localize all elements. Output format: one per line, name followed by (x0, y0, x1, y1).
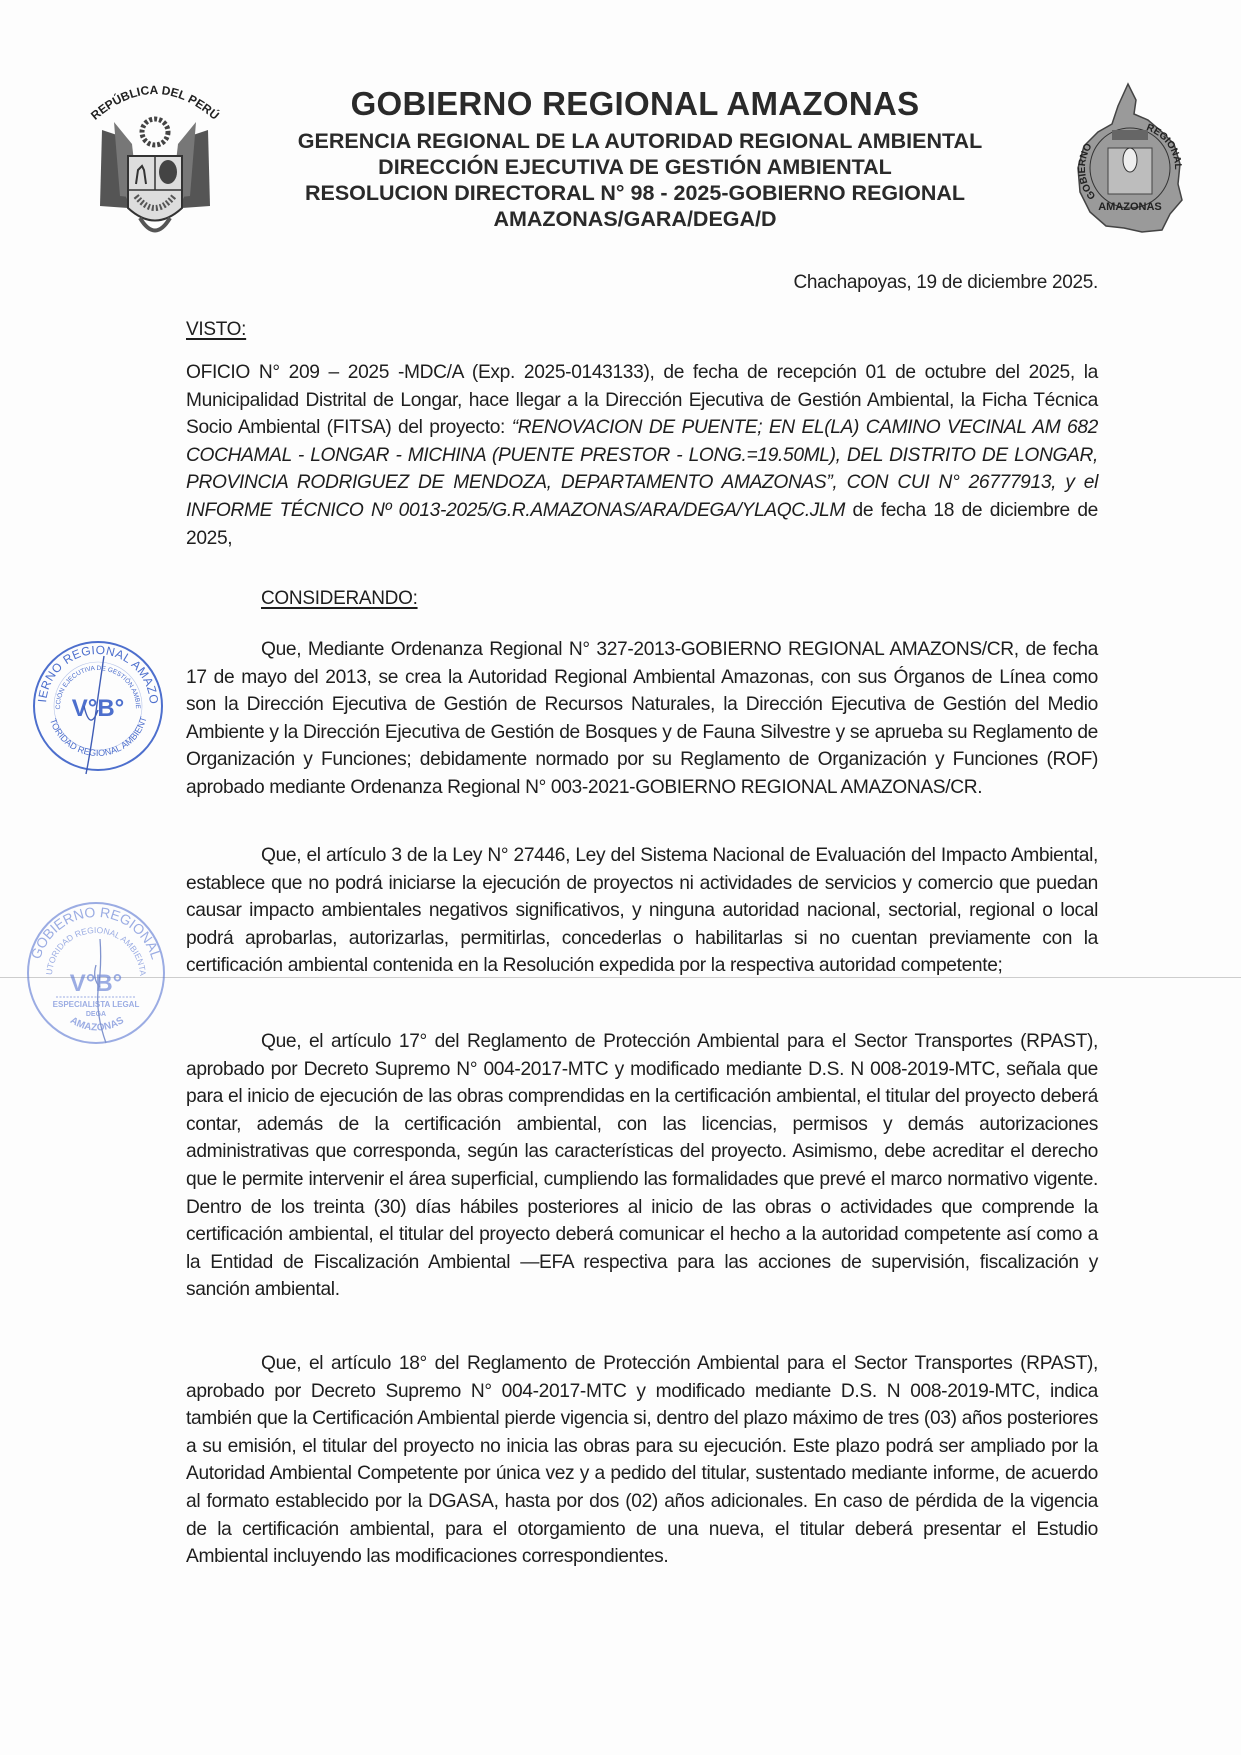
scan-artifact-line (0, 977, 1241, 978)
header-line-gerencia: GERENCIA REGIONAL DE LA AUTORIDAD REGION… (270, 128, 1000, 154)
considerando-paragraph: Que, el artículo 18° del Reglamento de P… (186, 1350, 1098, 1571)
amazonas-emblem-icon: GOBIERNO REGIONAL AMAZONAS (1070, 80, 1190, 240)
visto-paragraph: OFICIO N° 209 – 2025 -MDC/A (Exp. 2025-0… (186, 359, 1098, 552)
header-line-direccion: DIRECCIÓN EJECUTIVA DE GESTIÓN AMBIENTAL (270, 154, 1000, 180)
resolution-number: RESOLUCION DIRECTORAL N° 98 - 2025-GOBIE… (270, 180, 1000, 206)
header-titles: GOBIERNO REGIONAL AMAZONAS GERENCIA REGI… (270, 84, 1000, 232)
legal-specialist-stamp-icon: GOBIERNO REGIONAL AUTORIDAD REGIONAL AMB… (22, 895, 170, 1045)
svg-text:V°B°: V°B° (70, 970, 123, 997)
svg-text:DEGA: DEGA (86, 1011, 106, 1018)
considerando-paragraph: Que, el artículo 17° del Reglamento de P… (186, 1028, 1098, 1304)
emblem-caption: AMAZONAS (1098, 201, 1162, 213)
visto-heading: VISTO: (186, 319, 246, 341)
svg-text:ESPECIALISTA LEGAL: ESPECIALISTA LEGAL (53, 1000, 140, 1009)
resolution-code: AMAZONAS/GARA/DEGA/D (270, 206, 1000, 232)
document-date: Chachapoyas, 19 de diciembre 2025. (793, 272, 1098, 294)
document-header: REPÚBLICA DEL PERÚ GOBIERNO REGIONAL AMA… (0, 0, 1241, 250)
considerando-heading: CONSIDERANDO: (261, 588, 418, 610)
considerando-paragraph: Que, el artículo 3 de la Ley N° 27446, L… (186, 842, 1098, 980)
institution-title: GOBIERNO REGIONAL AMAZONAS (270, 84, 1000, 124)
approval-stamp-icon: GOBIERNO REGIONAL AMAZONAS DIRECCIÓN EJE… (28, 636, 168, 776)
considerando-paragraph: Que, Mediante Ordenanza Regional N° 327-… (186, 636, 1098, 802)
peru-coat-of-arms-icon: REPÚBLICA DEL PERÚ (80, 78, 230, 248)
